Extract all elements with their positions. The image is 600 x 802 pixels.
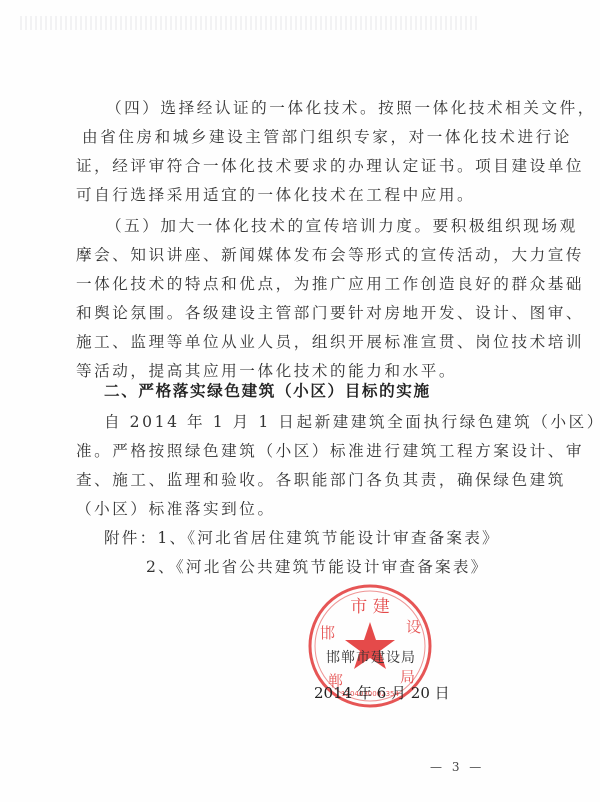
svg-text:设: 设 [406, 618, 421, 636]
paragraph-4-line-3: 证，经评审符合一体化技术要求的办理认定证书。项目建设单位 [76, 156, 584, 176]
page-number: — 3 — [430, 760, 484, 774]
document-page: （四）选择经认证的一体化技术。按照一体化技术相关文件， 由省住房和城乡建设主管部… [0, 0, 600, 802]
paragraph-4-line-4: 可自行选择采用适宜的一体化技术在工程中应用。 [76, 185, 475, 205]
paragraph-5-line-6: 等活动，提高其应用一体化技术的能力和水平。 [76, 361, 457, 381]
paragraph-4-line-2: 由省住房和城乡建设主管部门组织专家，对一体化技术进行论 [82, 127, 572, 147]
paragraph-4-line-1: （四）选择经认证的一体化技术。按照一体化技术相关文件， [106, 98, 596, 118]
section-paragraph-line-2: 准。严格按照绿色建筑（小区）标准进行建筑工程方案设计、审 [76, 441, 584, 461]
paragraph-5-line-4: 和舆论氛围。各级建设主管部门要针对房地开发、设计、图审、 [76, 303, 584, 323]
paragraph-5-line-5: 施工、监理等单位从业人员，组织开展标准宣贯、岗位技术培训 [76, 332, 584, 352]
attachment-item-1: 1、《河北省居住建筑节能设计审查备案表》 [157, 529, 499, 547]
section-paragraph-line-4: （小区）标准落实到位。 [76, 499, 276, 519]
paragraph-5-line-3: 一体化技术的特点和优点，为推广应用工作创造良好的群众基础 [76, 274, 584, 294]
section-paragraph-line-3: 查、施工、监理和验收。各职能部门各负其责，确保绿色建筑 [76, 470, 566, 490]
paragraph-5-line-1: （五）加大一体化技术的宣传培训力度。要积极组织现场观 [106, 216, 578, 236]
issuing-organization: 邯郸市建设局 [326, 647, 416, 667]
attachment-item-2: 2、《河北省公共建筑节能设计审查备案表》 [146, 557, 488, 577]
section-paragraph-line-1: 自 2014 年 1 月 1 日起新建建筑全面执行绿色建筑（小区）标 [104, 412, 600, 432]
svg-text:邯: 邯 [320, 624, 335, 642]
scan-artifact [20, 16, 480, 30]
attachments-label: 附件： [104, 529, 157, 547]
svg-text:市 建: 市 建 [350, 597, 389, 617]
issue-date: 2014 年 6 月 20 日 [314, 682, 450, 703]
attachments-line-1: 附件：1、《河北省居住建筑节能设计审查备案表》 [104, 528, 500, 548]
paragraph-5-line-2: 摩会、知识讲座、新闻媒体发布会等形式的宣传活动，大力宣传 [76, 245, 584, 265]
section-heading: 二、严格落实绿色建筑（小区）目标的实施 [104, 381, 431, 401]
